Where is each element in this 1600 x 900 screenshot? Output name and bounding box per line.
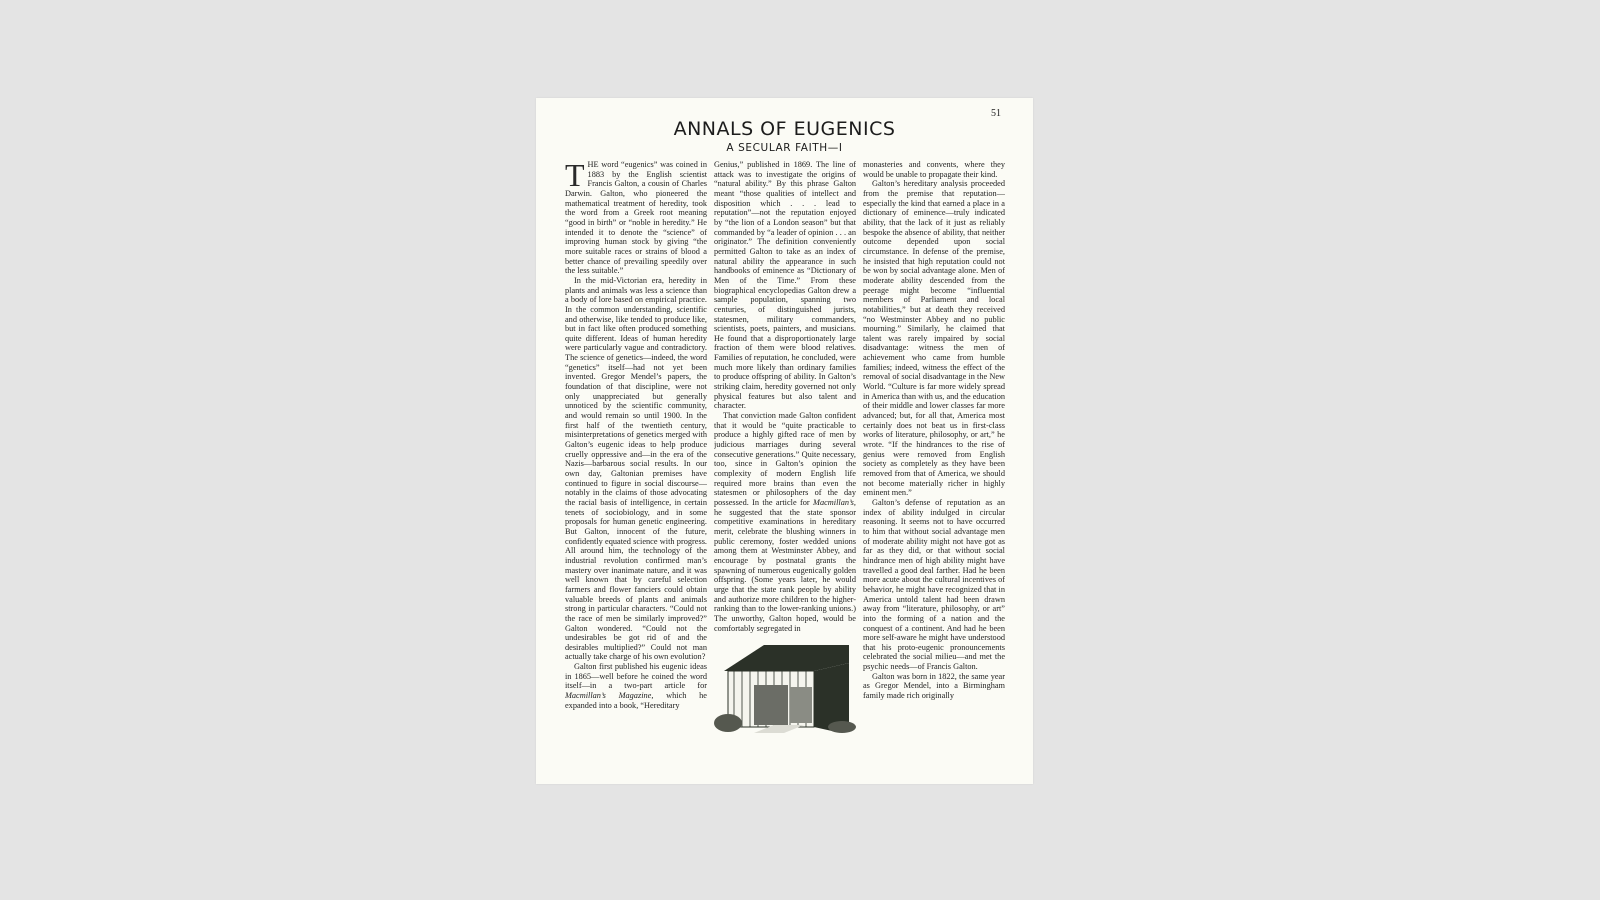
paragraph: Galton was born in 1822, the same year a… <box>863 672 1005 701</box>
magazine-page: 51 ANNALS OF EUGENICS A SECULAR FAITH—I … <box>536 98 1033 784</box>
paragraph: Genius,” published in 1869. The line of … <box>714 160 856 411</box>
paragraph: THE word “eugenics” was coined in 1883 b… <box>565 160 707 276</box>
paragraph: Galton’s hereditary analysis proceeded f… <box>863 179 1005 498</box>
drop-cap: T <box>565 162 585 188</box>
article-title: ANNALS OF EUGENICS <box>536 118 1033 140</box>
column-2: Genius,” published in 1869. The line of … <box>714 160 856 760</box>
article-subtitle: A SECULAR FAITH—I <box>536 142 1033 154</box>
column-1: THE word “eugenics” was coined in 1883 b… <box>565 160 707 760</box>
column-3: monasteries and convents, where they wou… <box>863 160 1005 760</box>
paragraph: Galton first published his eugenic ideas… <box>565 662 707 710</box>
paragraph: monasteries and convents, where they wou… <box>863 160 1005 179</box>
paragraph: In the mid-Victorian era, heredity in pl… <box>565 276 707 662</box>
paragraph: That conviction made Galton confident th… <box>714 411 856 633</box>
article-body: THE word “eugenics” was coined in 1883 b… <box>565 160 1005 760</box>
paragraph: Galton’s defense of reputation as an ind… <box>863 498 1005 672</box>
barn-illustration-icon <box>714 641 856 733</box>
